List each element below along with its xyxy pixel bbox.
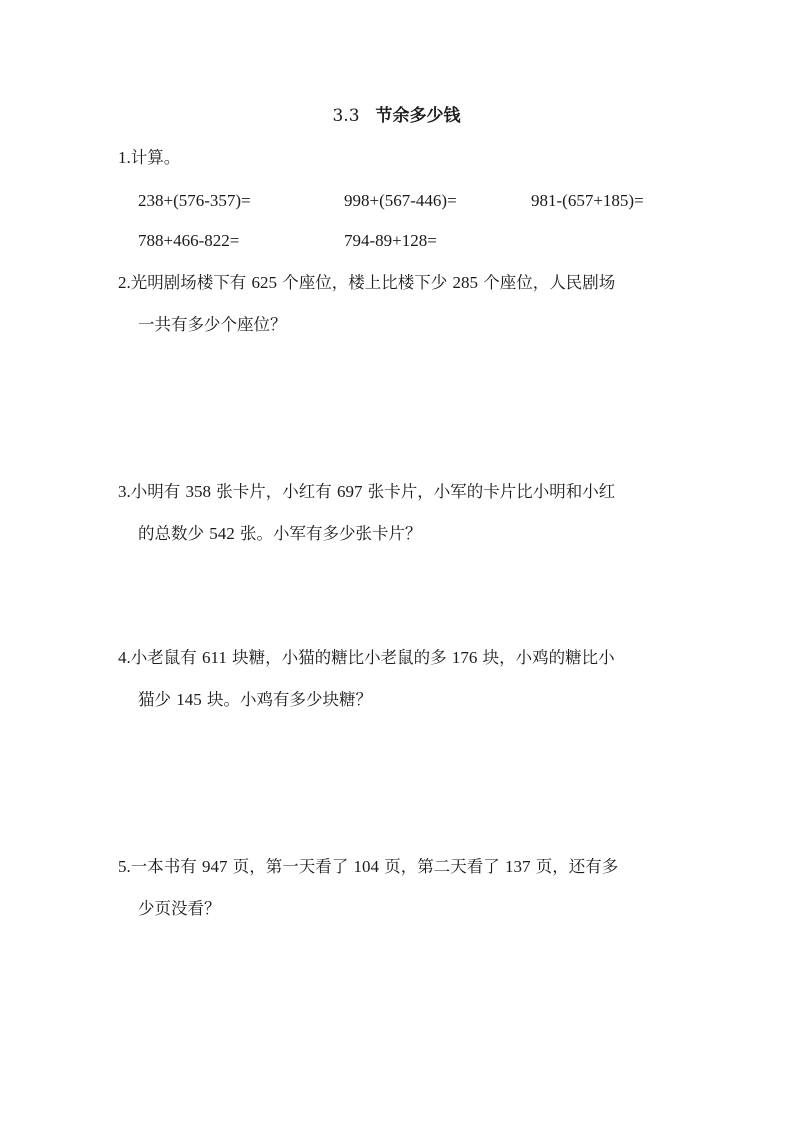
text-segment: 个座位，人民剧场: [478, 273, 615, 292]
number-value: 145: [176, 690, 202, 709]
section-name: 节余多少钱: [376, 106, 461, 126]
worksheet-page: 3.3节余多少钱 1.计算。 238+(576-357)= 998+(567-4…: [0, 0, 793, 1122]
number-value: 697: [337, 482, 363, 501]
question-4-line-2: 猫少 145 块。小鸡有多少块糖？: [138, 688, 372, 712]
text-segment: 的总数少: [138, 524, 209, 543]
question-2-line-1: 2.光明剧场楼下有 625 个座位，楼上比楼下少 285 个座位，人民剧场: [118, 271, 615, 295]
question-number: 5.: [118, 857, 131, 876]
number-value: 176: [452, 648, 478, 667]
text-segment: 张。小军有多少张卡片？: [235, 524, 422, 543]
text-segment: 小老鼠有: [131, 648, 202, 667]
number-value: 947: [202, 857, 228, 876]
text-segment: 个座位，楼上比楼下少: [277, 273, 453, 292]
section-number: 3.3: [332, 106, 359, 126]
text-segment: 张卡片，小红有: [211, 482, 337, 501]
text-segment: 块糖，小猫的糖比小老鼠的多: [227, 648, 452, 667]
expression-3: 981-(657+185)=: [531, 189, 644, 213]
question-3-line-2: 的总数少 542 张。小军有多少张卡片？: [138, 522, 422, 546]
text-segment: 页，第一天看了: [228, 857, 354, 876]
question-number: 2.: [118, 273, 131, 292]
text-segment: 块，小鸡的糖比小: [477, 648, 614, 667]
text-segment: 页，第二天看了: [379, 857, 505, 876]
page-title: 3.3节余多少钱: [0, 104, 793, 128]
text-segment: 光明剧场楼下有: [131, 273, 252, 292]
number-value: 611: [202, 648, 227, 667]
question-number: 3.: [118, 482, 131, 501]
question-3-line-1: 3.小明有 358 张卡片，小红有 697 张卡片，小军的卡片比小明和小红: [118, 480, 615, 504]
expression-2: 998+(567-446)=: [344, 189, 457, 213]
question-number: 1.: [118, 148, 131, 167]
number-value: 285: [453, 273, 479, 292]
text-segment: 小明有: [131, 482, 186, 501]
question-4-line-1: 4.小老鼠有 611 块糖，小猫的糖比小老鼠的多 176 块，小鸡的糖比小: [118, 646, 615, 670]
expression-5: 794-89+128=: [344, 229, 437, 253]
expression-4: 788+466-822=: [138, 229, 239, 253]
number-value: 542: [209, 524, 235, 543]
question-5-line-1: 5.一本书有 947 页，第一天看了 104 页，第二天看了 137 页，还有多: [118, 855, 618, 879]
number-value: 104: [354, 857, 380, 876]
text-segment: 页，还有多: [531, 857, 619, 876]
text-segment: 张卡片，小军的卡片比小明和小红: [363, 482, 616, 501]
question-number: 4.: [118, 648, 131, 667]
question-5-line-2: 少页没看？: [138, 897, 221, 921]
question-2-line-2: 一共有多少个座位？: [138, 313, 287, 337]
number-value: 137: [505, 857, 531, 876]
question-text: 计算。: [131, 148, 181, 167]
text-segment: 块。小鸡有多少块糖？: [202, 690, 372, 709]
question-1-heading: 1.计算。: [118, 146, 180, 170]
text-segment: 猫少: [138, 690, 176, 709]
expression-1: 238+(576-357)=: [138, 189, 251, 213]
number-value: 358: [186, 482, 212, 501]
text-segment: 一本书有: [131, 857, 202, 876]
number-value: 625: [252, 273, 278, 292]
